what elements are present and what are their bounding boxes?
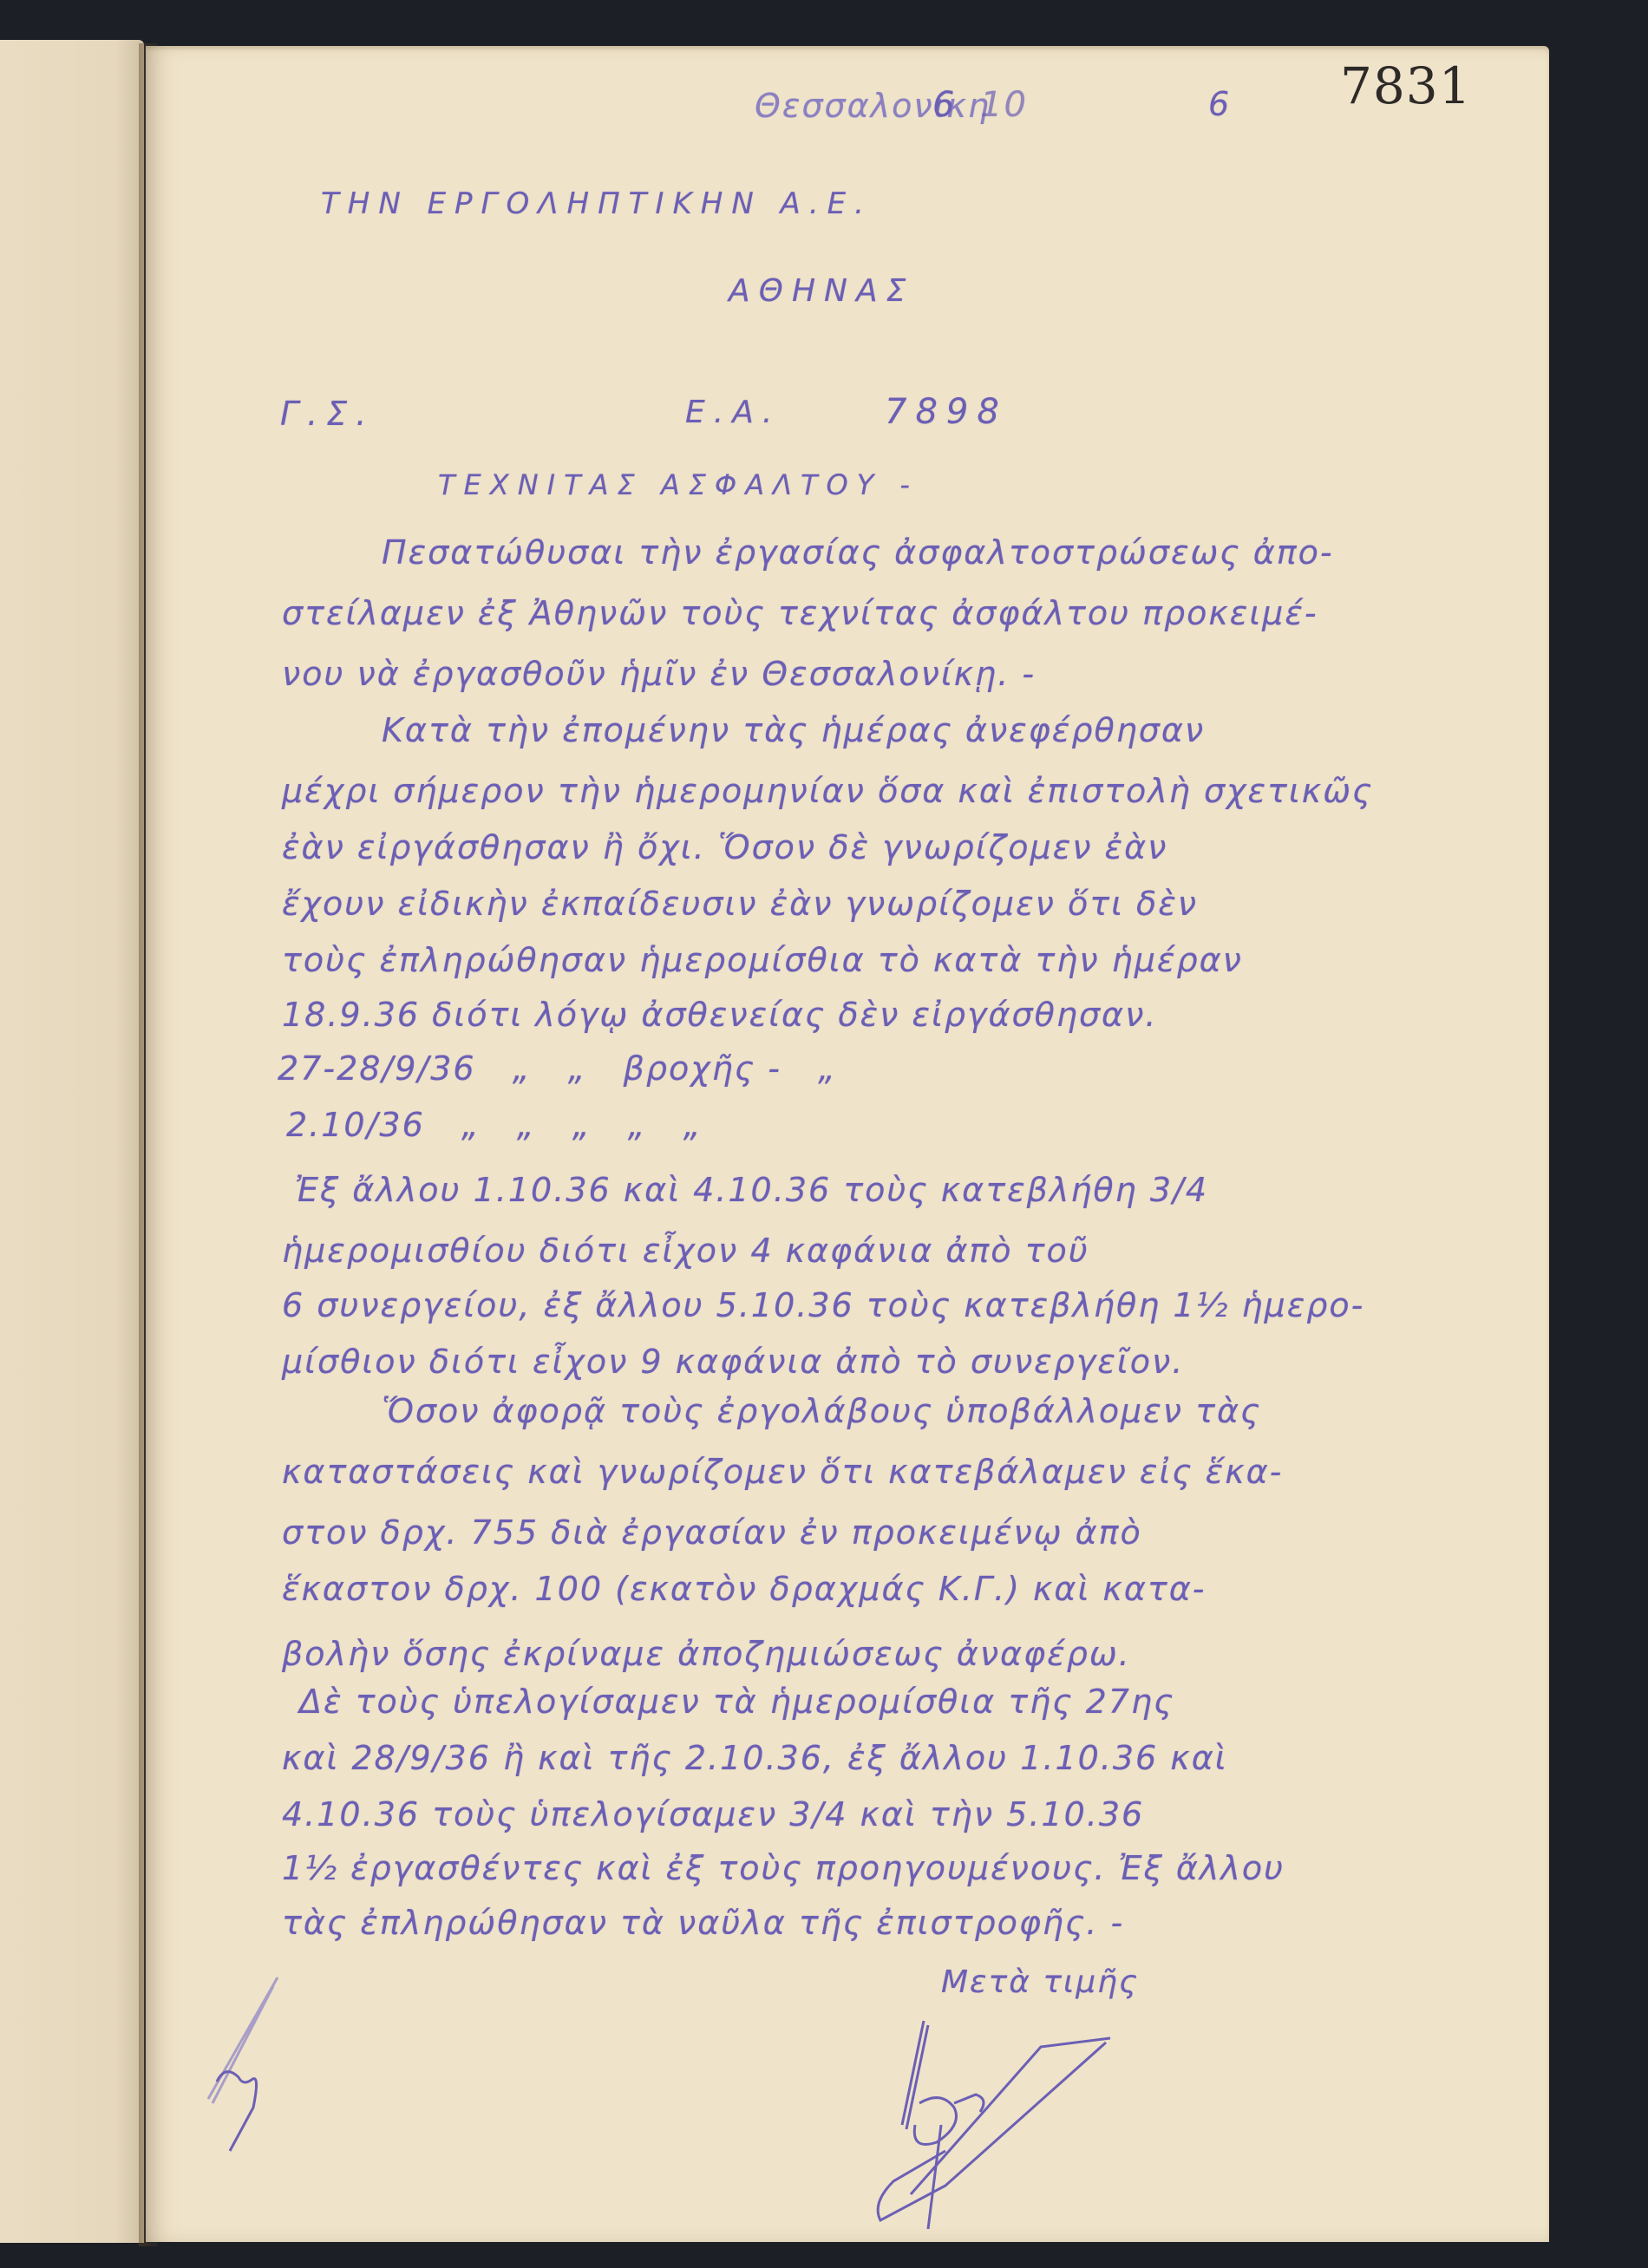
body-line: 1½ ἐργασθέντες καὶ ἐξ τοὺς προηγουμένους… [282,1849,1285,1887]
body-line: 18.9.36 διότι λόγῳ ἀσθενείας δὲν εἰργάσθ… [282,996,1157,1034]
recipient-city: ΑΘΗΝΑΣ [729,273,914,309]
facing-page-edge [0,40,144,2243]
body-line: νου νὰ ἐργασθοῦν ἡμῖν ἐν Θεσσαλονίκῃ. - [282,655,1036,693]
body-line: καταστάσεις καὶ γνωρίζομεν ὅτι κατεβάλαμ… [282,1453,1283,1491]
reference-label: Ε.Α. [685,395,781,430]
left-reference: Γ.Σ. [280,395,375,433]
body-line: τὰς ἐπληρώθησαν τὰ ναῦλα τῆς ἐπιστροφῆς.… [282,1904,1124,1942]
body-line: 4.10.36 τοὺς ὑπελογίσαμεν 3/4 καὶ τὴν 5.… [282,1795,1144,1833]
body-line: μέχρι σήμερον τὴν ἡμερομηνίαν ὅσα καὶ ἐπ… [282,772,1373,810]
body-line: βολὴν ὅσης ἐκρίναμε ἀποζημιώσεως ἀναφέρω… [282,1635,1131,1673]
header-date-month: 10 [980,85,1028,125]
body-line: στείλαμεν ἐξ Ἀθηνῶν τοὺς τεχνίτας ἀσφάλτ… [282,594,1318,632]
body-line: Πεσατώθυσαι τὴν ἐργασίας ἀσφαλτοστρώσεως… [382,533,1334,572]
header-date-day: 6 [932,85,956,125]
closing-salutation: Μετὰ τιμῆς [941,1964,1139,2000]
body-line: καὶ 28/9/36 ἢ καὶ τῆς 2.10.36, ἐξ ἄλλου … [282,1739,1228,1777]
reference-number: 7898 [885,392,1008,432]
body-line: 2.10/36 „ „ „ „ „ [286,1106,702,1144]
body-line: 27-28/9/36 „ „ βροχῆς - „ [278,1049,837,1088]
body-line: 6 συνεργείου, ἐξ ἄλλου 5.10.36 τοὺς κατε… [282,1286,1364,1324]
body-line: μίσθιον διότι εἶχον 9 καφάνια ἀπὸ τὸ συν… [282,1343,1184,1381]
body-line: Ἐξ ἄλλου 1.10.36 καὶ 4.10.36 τοὺς κατεβλ… [295,1171,1208,1209]
page-number-stamp: 7831 [1340,56,1472,115]
header-date-year: 6 [1208,85,1231,123]
letter-subject: ΤΕΧΝΙΤΑΣ ΑΣΦΑΛΤΟΥ - [438,468,919,501]
body-line: ἐὰν εἰργάσθησαν ἢ ὄχι. Ὅσον δὲ γνωρίζομε… [282,828,1167,866]
recipient-line: ΤΗΝ ΕΡΓΟΛΗΠΤΙΚΗΝ Α.Ε. [321,186,873,221]
body-line: τοὺς ἐπληρώθησαν ἡμερομίσθια τὸ κατὰ τὴν… [282,941,1243,979]
body-line: ἡμερομισθίου διότι εἶχον 4 καφάνια ἀπὸ τ… [282,1232,1089,1270]
body-line: Δὲ τοὺς ὑπελογίσαμεν τὰ ἡμερομίσθια τῆς … [299,1683,1174,1721]
signature-left [191,1969,330,2168]
body-line: ἕκαστον δρχ. 100 (εκατὸν δραχμάς Κ.Γ.) κ… [282,1570,1207,1608]
body-line: Ὅσον ἀφορᾷ τοὺς ἐργολάβους ὑποβάλλομεν τ… [382,1392,1261,1430]
body-line: Κατὰ τὴν ἐπομένην τὰς ἡμέρας ἀνεφέρθησαν [382,711,1205,749]
body-line: στον δρχ. 755 διὰ ἐργασίαν ἐν προκειμένῳ… [282,1513,1142,1552]
signature-right [859,2021,1136,2238]
body-line: ἔχουν εἰδικὴν ἐκπαίδευσιν ἐὰν γνωρίζομεν… [282,885,1198,923]
